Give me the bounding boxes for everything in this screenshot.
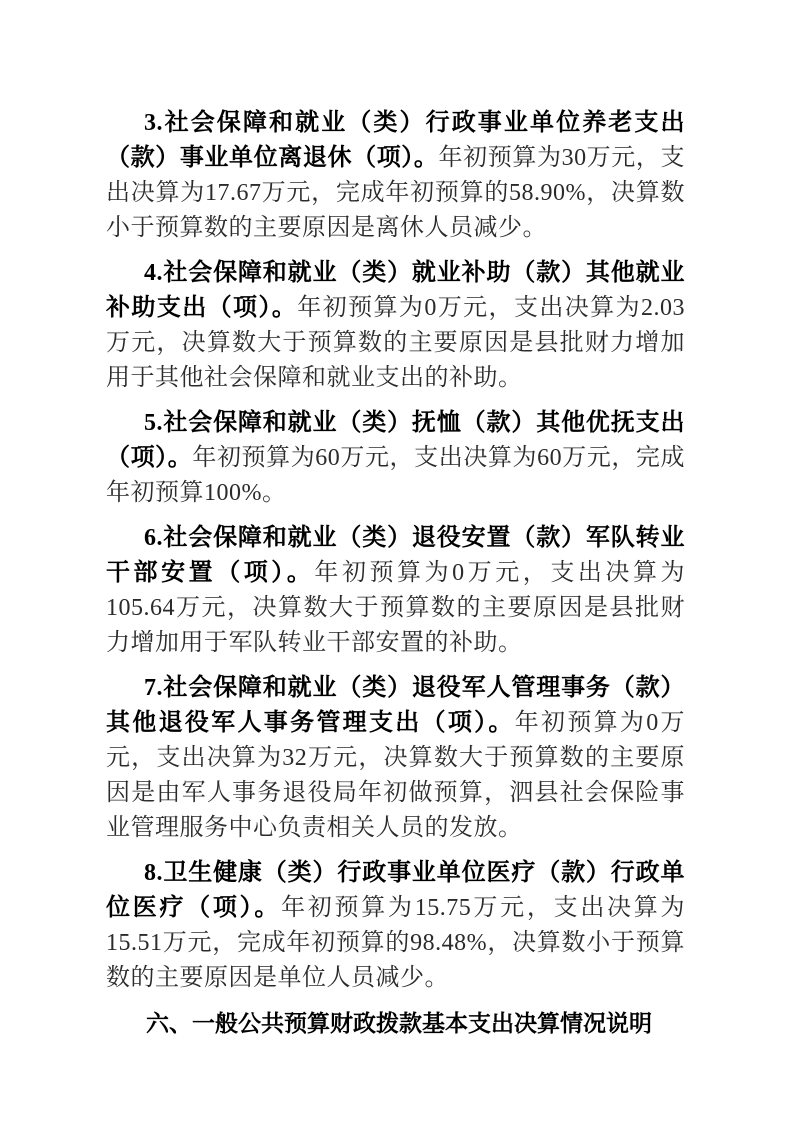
budget-item-paragraph-5: 5.社会保障和就业（类）抚恤（款）其他优抚支出（项）。年初预算为60万元，支出决…	[106, 406, 685, 511]
budget-item-paragraph-8: 8.卫生健康（类）行政事业单位医疗（款）行政单位医疗（项）。年初预算为15.75…	[106, 856, 685, 996]
budget-item-paragraph-3: 3.社会保障和就业（类）行政事业单位养老支出（款）事业单位离退休（项）。年初预算…	[106, 106, 685, 246]
document-page: 3.社会保障和就业（类）行政事业单位养老支出（款）事业单位离退休（项）。年初预算…	[0, 0, 793, 1122]
budget-item-body-5: 年初预算为60万元，支出决算为60万元，完成年初预算100%。	[106, 445, 685, 506]
budget-item-paragraph-4: 4.社会保障和就业（类）就业补助（款）其他就业补助支出（项）。年初预算为0万元，…	[106, 256, 685, 396]
budget-item-paragraph-7: 7.社会保障和就业（类）退役军人管理事务（款）其他退役军人事务管理支出（项）。年…	[106, 671, 685, 846]
budget-item-paragraph-6: 6.社会保障和就业（类）退役安置（款）军队转业干部安置（项）。年初预算为0万元，…	[106, 521, 685, 661]
section-heading: 六、一般公共预算财政拨款基本支出决算情况说明	[106, 1006, 685, 1040]
